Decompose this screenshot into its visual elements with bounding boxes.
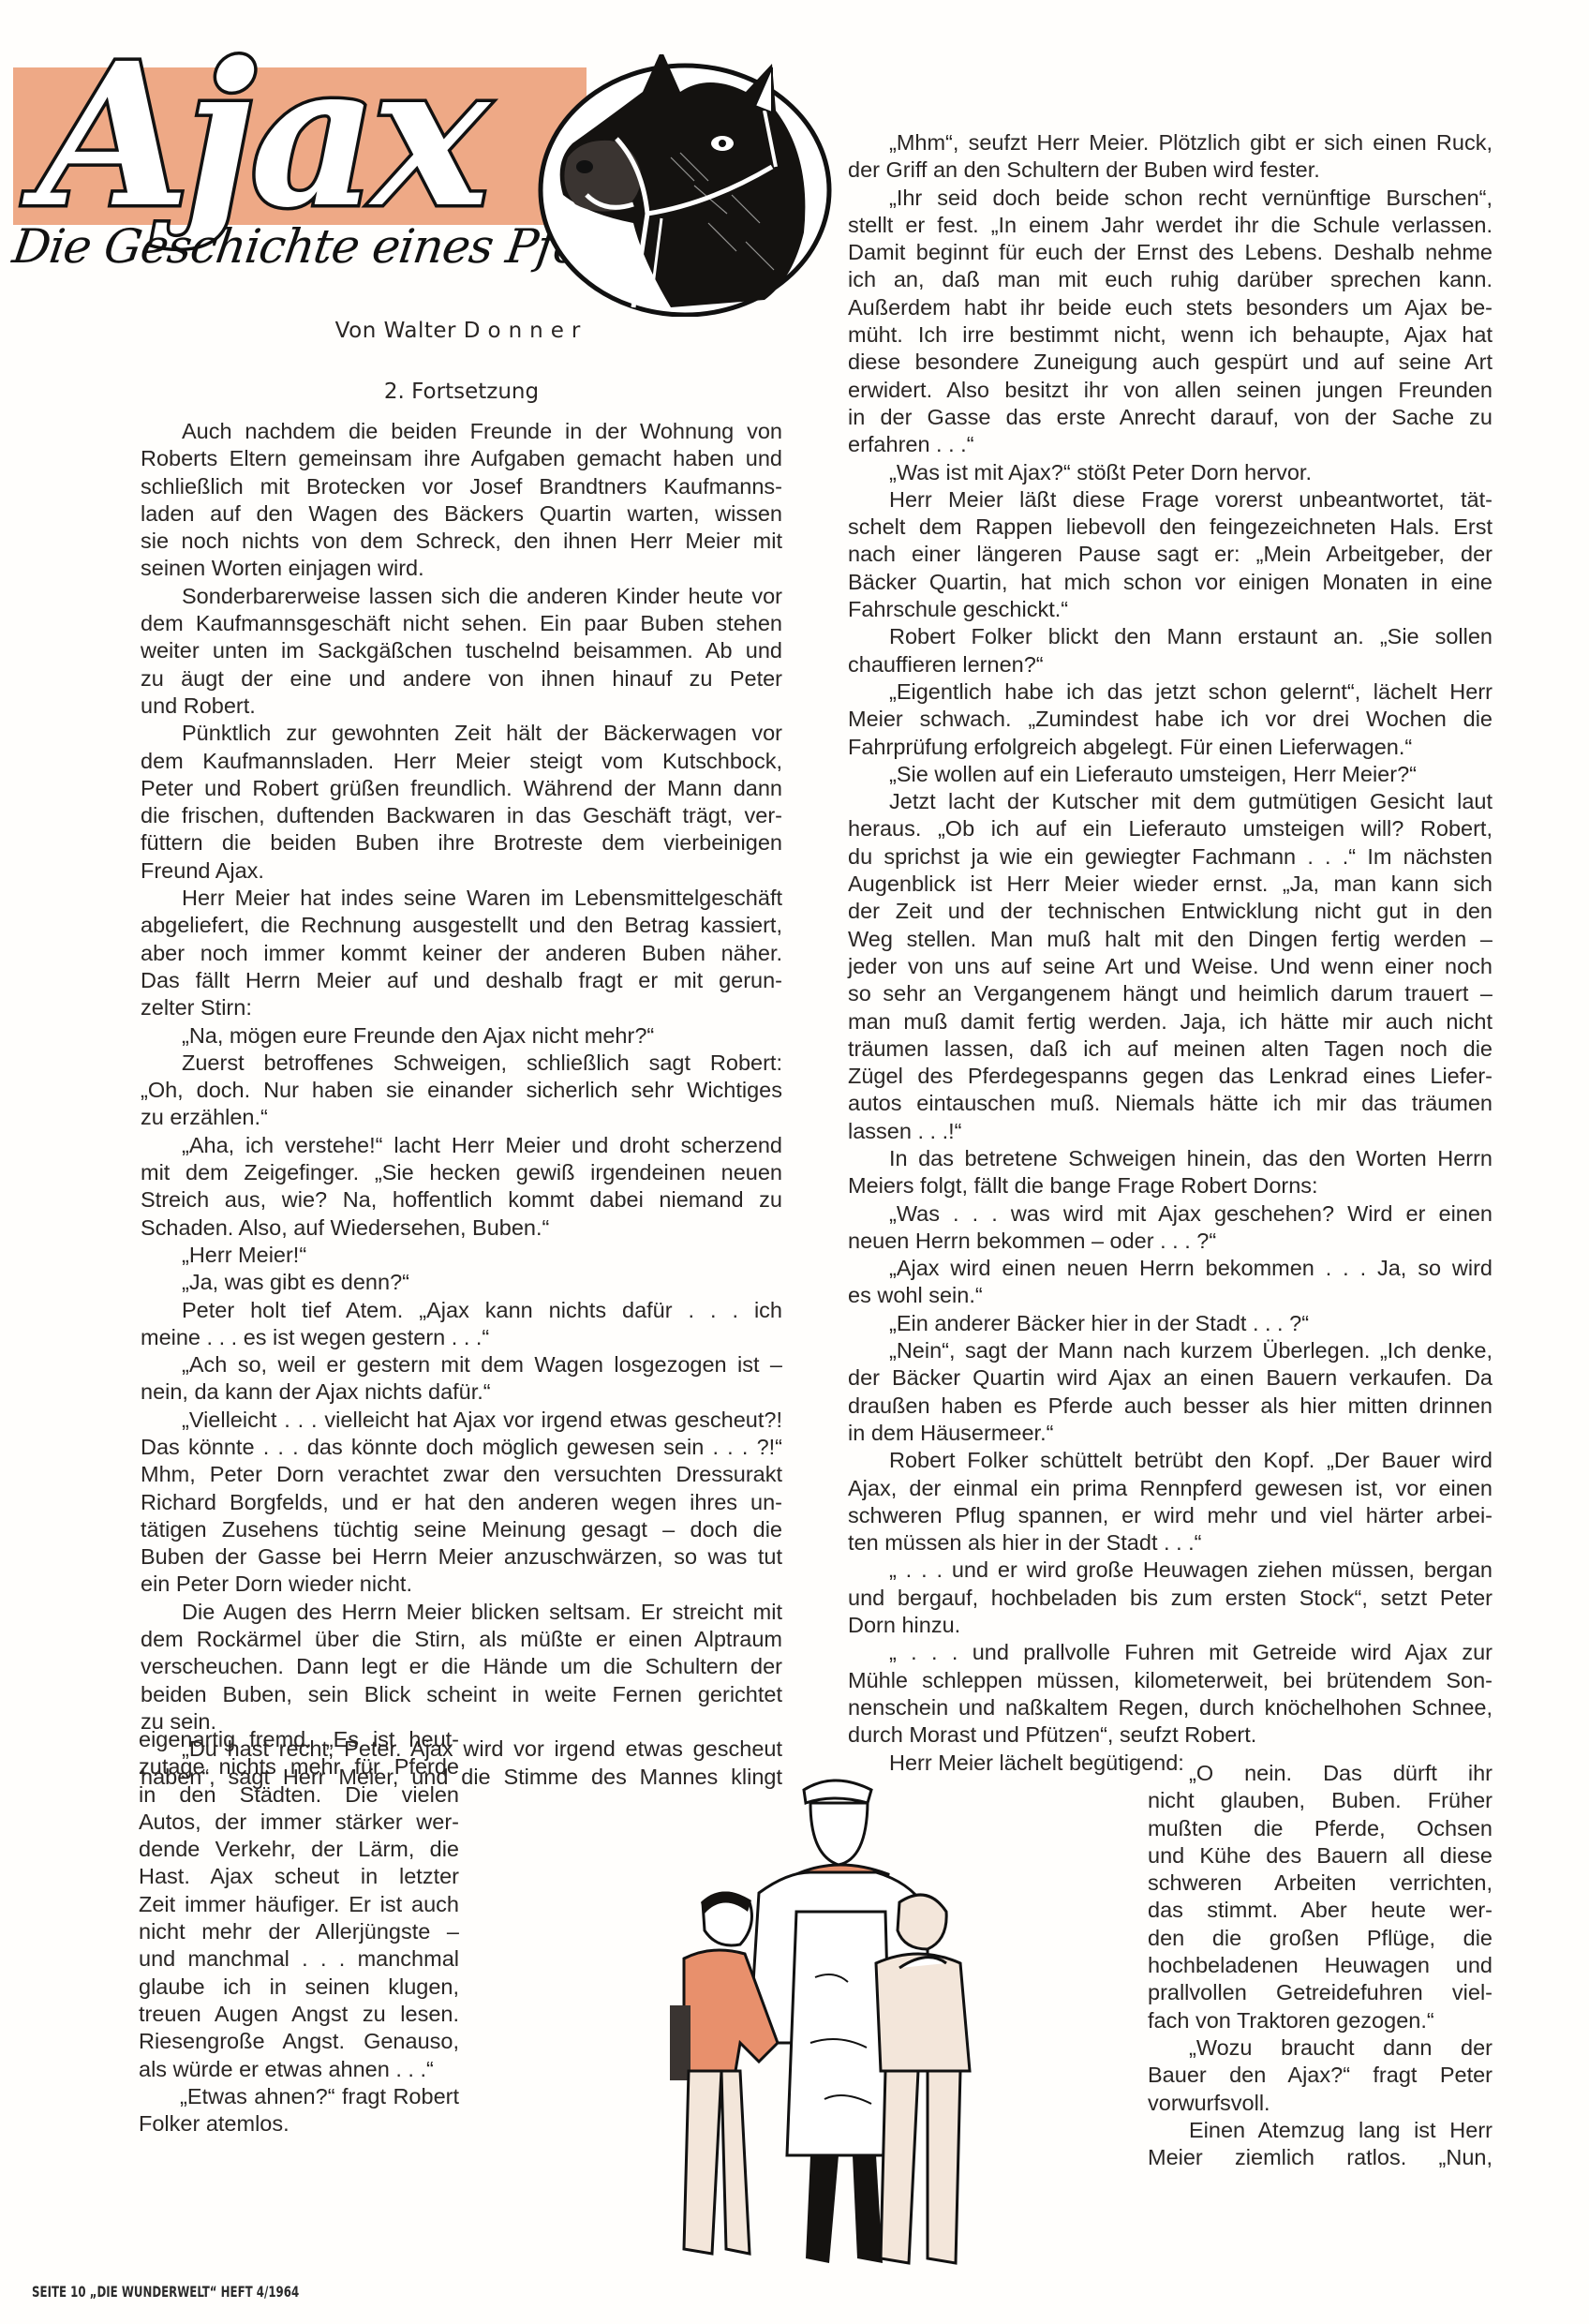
text-line: „Ihr seid doch beide schon recht vernünf… <box>848 185 1492 212</box>
text-line: Meier ziemlich ratlos. „Nun, <box>1148 2144 1492 2171</box>
magazine-page: Ajax Die Geschichte eines Pferdes Von Wa… <box>0 0 1589 2324</box>
text-line: ten müssen als hier in der Stadt . . .“ <box>848 1529 1492 1557</box>
text-line: zelter Stirn: <box>141 994 782 1021</box>
text-line: Roberts Eltern gemeinsam ihre Aufgaben g… <box>141 445 782 472</box>
text-line: „Was . . . was wird mit Ajax geschehen? … <box>848 1200 1492 1228</box>
text-line: nicht glauben, Buben. Früher <box>1148 1787 1492 1814</box>
text-line: ich an, daß man mit euch ruhig darüber s… <box>848 266 1492 293</box>
text-line: glaube ich in seinen klugen, <box>139 1974 459 2001</box>
text-line: Peter holt tief Atem. „Ajax kann nichts … <box>141 1297 782 1324</box>
text-line: durch Morast und Pfützen“, seufzt Robert… <box>848 1721 1492 1749</box>
text-line: erwidert. Also besitzt ihr von allen sei… <box>848 377 1492 404</box>
text-line: „Etwas ahnen?“ fragt Robert <box>139 2083 459 2110</box>
text-line: hochbeladenen Heuwagen und <box>1148 1952 1492 1979</box>
byline: Von Walter Donner <box>141 319 782 343</box>
text-line: zutage nichts mehr für Pferde <box>139 1753 459 1780</box>
text-line: das stimmt. Aber heute wer- <box>1148 1897 1492 1924</box>
text-line: jeder von uns auf seine Art und Weise. U… <box>848 953 1492 980</box>
text-line: „Oh, doch. Nur haben sie einander sicher… <box>141 1077 782 1104</box>
text-line: „Wozu braucht dann der <box>1148 2034 1492 2062</box>
right-column-text: „Mhm“, seufzt Herr Meier. Plötzlich gibt… <box>848 129 1492 1777</box>
text-line: so sehr an Vergangenem hängt und heimlic… <box>848 980 1492 1007</box>
text-line: Schaden. Also, auf Wiedersehen, Buben.“ <box>141 1214 782 1242</box>
text-line: „Ja, was gibt es denn?“ <box>141 1269 782 1296</box>
text-line: „Sie wollen auf ein Lieferauto umsteigen… <box>848 761 1492 788</box>
byline-author: Donner <box>464 319 588 343</box>
text-line: Folker atemlos. <box>139 2110 459 2138</box>
text-line: stellt er fest. „In einem Jahr werdet ih… <box>848 212 1492 239</box>
text-line: „ . . . und er wird große Heuwagen ziehe… <box>848 1557 1492 1584</box>
text-line: Zügel des Pferdegespanns gegen das Lenkr… <box>848 1063 1492 1090</box>
text-line: der Griff an den Schultern der Buben wir… <box>848 156 1492 184</box>
horse-head-icon <box>530 54 832 317</box>
text-line: Mhm, Peter Dorn verachtet zwar den versu… <box>141 1461 782 1488</box>
text-line: Sonderbarerweise lassen sich die anderen… <box>141 583 782 610</box>
text-line: „Herr Meier!“ <box>141 1242 782 1269</box>
text-line: draußen haben es Pferde auch besser als … <box>848 1393 1492 1420</box>
text-line: Riesengroße Angst. Genauso, <box>139 2028 459 2055</box>
text-line: in dem Häusermeer.“ <box>848 1420 1492 1447</box>
text-line: erfahren . . .“ <box>848 431 1492 458</box>
text-line: diese besondere Zuneigung auch gespürt u… <box>848 349 1492 376</box>
text-line: „ . . . und prallvolle Fuhren mit Getrei… <box>848 1639 1492 1666</box>
text-line: Auch nachdem die beiden Freunde in der W… <box>141 418 782 445</box>
text-line: Herr Meier hat indes seine Waren im Lebe… <box>141 885 782 912</box>
text-line: nenschein und naßkaltem Regen, durch knö… <box>848 1694 1492 1721</box>
text-line: Jetzt lacht der Kutscher mit dem gutmüti… <box>848 788 1492 815</box>
text-line: laden auf den Wagen des Bäckers Quartin … <box>141 500 782 528</box>
text-line: nach einer längeren Pause sagt er: „Mein… <box>848 541 1492 568</box>
text-line: meine . . . es ist wegen gestern . . .“ <box>141 1324 782 1351</box>
text-line: Die Augen des Herrn Meier blicken seltsa… <box>141 1599 782 1626</box>
installment-label: 2. Fortsetzung <box>141 380 782 404</box>
text-line: „Ein anderer Bäcker hier in der Stadt . … <box>848 1310 1492 1337</box>
text-line: schweren Pflug spannen, er wird mehr und… <box>848 1502 1492 1529</box>
text-line: fach von Traktoren gezogen.“ <box>1148 2007 1492 2034</box>
text-line: schweren Arbeiten verrichten, <box>1148 1870 1492 1897</box>
text-line: „Was ist mit Ajax?“ stößt Peter Dorn her… <box>848 459 1492 486</box>
text-line: „Na, mögen eure Freunde den Ajax nicht m… <box>141 1022 782 1050</box>
text-line: dem Kaufmannsladen. Herr Meier steigt vo… <box>141 748 782 775</box>
text-line: es wohl sein.“ <box>848 1282 1492 1309</box>
text-line: und bergauf, hochbeladen bis zum ersten … <box>848 1585 1492 1612</box>
text-line: Ajax, der einmal ein prima Rennpferd gew… <box>848 1475 1492 1502</box>
text-line: Meier schwach. „Zumindest habe ich vor d… <box>848 706 1492 733</box>
text-line: „Vielleicht . . . vielleicht hat Ajax vo… <box>141 1407 782 1434</box>
text-line: in den Städten. Die vielen <box>139 1781 459 1809</box>
text-line: Weg stellen. Man muß halt mit den Dingen… <box>848 926 1492 953</box>
text-line: dende Verkehr, der Lärm, die <box>139 1836 459 1863</box>
text-line: mußten die Pferde, Ochsen <box>1148 1815 1492 1842</box>
text-line: „Aha, ich verstehe!“ lacht Herr Meier un… <box>141 1132 782 1159</box>
text-line: nein, da kann der Ajax nichts dafür.“ <box>141 1378 782 1406</box>
text-line: müht. Ich irre bestimmt nicht, wenn ich … <box>848 321 1492 349</box>
text-line: mit dem Zeigefinger. „Sie hecken gewiß i… <box>141 1159 782 1186</box>
text-line: aber noch immer kommt keiner der anderen… <box>141 940 782 967</box>
text-line: lassen . . .!“ <box>848 1118 1492 1145</box>
text-line: der Zeit und der technischen Entwicklung… <box>848 898 1492 925</box>
text-line: vorwurfsvoll. <box>1148 2090 1492 2117</box>
text-line: zu äugt der eine und andere von ihnen hi… <box>141 665 782 693</box>
text-line: Einen Atemzug lang ist Herr <box>1148 2117 1492 2144</box>
page-footer: SEITE 10 „DIE WUNDERWELT“ HEFT 4/1964 <box>32 2283 299 2301</box>
text-line: nicht mehr der Allerjüngste – <box>139 1918 459 1945</box>
text-line: Augenblick ist Herr Meier wieder ernst. … <box>848 871 1492 898</box>
text-line: Das könnte . . . das könnte doch möglich… <box>141 1434 782 1461</box>
text-line: seinen Worten einjagen wird. <box>141 555 782 582</box>
text-line: „Mhm“, seufzt Herr Meier. Plötzlich gibt… <box>848 129 1492 156</box>
text-line: Freund Ajax. <box>141 857 782 885</box>
text-line: dem Rockärmel über die Stirn, als müßte … <box>141 1626 782 1653</box>
text-line: Dorn hinzu. <box>848 1612 1492 1639</box>
text-line: träumen lassen, daß ich auf meinen alten… <box>848 1035 1492 1063</box>
text-line: Hast. Ajax scheut in letzter <box>139 1863 459 1890</box>
text-line: Zeit immer häufiger. Er ist auch <box>139 1891 459 1918</box>
text-line: abgeliefert, die Rechnung ausgestellt un… <box>141 912 782 939</box>
text-line: eigenartig fremd. „Es ist heut- <box>139 1726 459 1753</box>
text-line: „Ach so, weil er gestern mit dem Wagen l… <box>141 1351 782 1378</box>
text-line: Fahrschule geschickt.“ <box>848 596 1492 623</box>
text-line: In das betretene Schweigen hinein, das d… <box>848 1145 1492 1172</box>
text-line: die frischen, duftenden Backwaren in das… <box>141 802 782 829</box>
text-line: und manchmal . . . manchmal <box>139 1945 459 1973</box>
text-line: du sprichst ja wie ein gewiegter Fachman… <box>848 843 1492 871</box>
text-line: füttern die beiden Buben ihre Brotreste … <box>141 829 782 857</box>
text-line: treuen Augen Angst zu lesen. <box>139 2001 459 2028</box>
text-line: verscheuchen. Dann legt er die Hände um … <box>141 1653 782 1680</box>
text-line: „Eigentlich habe ich das jetzt schon gel… <box>848 678 1492 706</box>
text-line: Das fällt Herrn Meier auf und deshalb fr… <box>141 967 782 994</box>
text-line: schließlich mit Brotecken vor Josef Bran… <box>141 473 782 500</box>
text-line: Meiers folgt, fällt die bange Frage Robe… <box>848 1172 1492 1199</box>
text-line: „Nein“, sagt der Mann nach kurzem Überle… <box>848 1337 1492 1364</box>
text-line: Richard Borgfelds, und er hat den andere… <box>141 1489 782 1516</box>
text-line: der Bäcker Quartin wird Ajax an einen Ba… <box>848 1364 1492 1392</box>
text-line: schelt dem Rappen liebevoll den feingeze… <box>848 514 1492 541</box>
text-line: Herr Meier läßt diese Frage vorerst unbe… <box>848 486 1492 514</box>
text-line: Bäcker Quartin, hat mich schon vor einig… <box>848 569 1492 596</box>
text-line: Damit beginnt für euch der Ernst des Leb… <box>848 239 1492 266</box>
text-line: chauffieren lernen?“ <box>848 651 1492 678</box>
text-line: Bauer den Ajax?“ fragt Peter <box>1148 2062 1492 2089</box>
text-line: ein Peter Dorn wieder nicht. <box>141 1571 782 1598</box>
text-line: Zuerst betroffenes Schweigen, schließlic… <box>141 1050 782 1077</box>
text-line: Autos, der immer stärker wer- <box>139 1809 459 1836</box>
text-line: Pünktlich zur gewohnten Zeit hält der Bä… <box>141 720 782 747</box>
text-line: beiden Buben, sein Blick scheint in weit… <box>141 1681 782 1708</box>
text-line: in der Gasse das erste Anrecht darauf, v… <box>848 404 1492 431</box>
byline-prefix: Von Walter <box>335 319 456 343</box>
story-title: Ajax <box>37 37 483 234</box>
text-line: neuen Herrn bekommen – oder . . . ?“ <box>848 1228 1492 1255</box>
text-line: Buben der Gasse bei Herrn Meier anzuschw… <box>141 1543 782 1571</box>
text-line: tätigen Zusehens tüchtig seine Meinung g… <box>141 1516 782 1543</box>
text-line: weiter unten im Sackgäßchen tuschelnd be… <box>141 637 782 664</box>
baker-and-boys-illustration <box>646 1762 1012 2287</box>
text-line: und Robert. <box>141 693 782 720</box>
text-line: man muß damit fertig werden. Jaja, ich h… <box>848 1008 1492 1035</box>
text-line: autos eintauschen muß. Niemals hätte ich… <box>848 1090 1492 1117</box>
text-line: und Kühe des Bauern all diese <box>1148 1842 1492 1870</box>
text-line: Mühle schleppen müssen, kilometerweit, b… <box>848 1667 1492 1694</box>
text-line: Außerdem habt ihr beide euch stets beson… <box>848 294 1492 321</box>
text-line: Peter und Robert grüßen freundlich. Währ… <box>141 775 782 802</box>
text-line: heraus. „Ob ich auf ein Lieferauto umste… <box>848 815 1492 842</box>
left-column-text: Auch nachdem die beiden Freunde in der W… <box>141 418 782 1791</box>
left-column-wrap-text: eigenartig fremd. „Es ist heut-zutage ni… <box>139 1726 459 2138</box>
text-line: „Ajax wird einen neuen Herrn bekommen . … <box>848 1255 1492 1282</box>
text-line: Fahrprüfung erfolgreich abgelegt. Für ei… <box>848 734 1492 761</box>
text-line: „O nein. Das dürft ihr <box>1148 1760 1492 1787</box>
text-line: Robert Folker schüttelt betrübt den Kopf… <box>848 1447 1492 1474</box>
text-line: Streich aus, wie? Na, hoffentlich kommt … <box>141 1186 782 1214</box>
text-line: prallvollen Getreidefuhren viel- <box>1148 1979 1492 2006</box>
text-line: zu erzählen.“ <box>141 1104 782 1131</box>
right-column-wrap-text: „O nein. Das dürft ihrnicht glauben, Bub… <box>1148 1760 1492 2171</box>
text-line: den die großen Pflüge, die <box>1148 1925 1492 1952</box>
text-line: dem Kaufmannsgeschäft nicht sehen. Ein p… <box>141 610 782 637</box>
text-line: Robert Folker blickt den Mann erstaunt a… <box>848 623 1492 650</box>
text-line: sie noch nichts von dem Schreck, den ihn… <box>141 528 782 555</box>
text-line: als würde er etwas ahnen . . .“ <box>139 2056 459 2083</box>
